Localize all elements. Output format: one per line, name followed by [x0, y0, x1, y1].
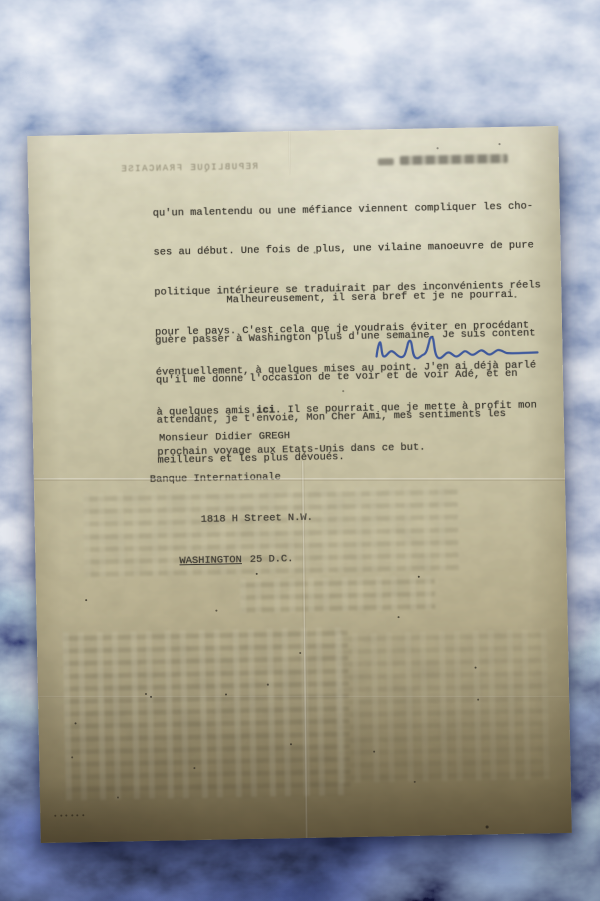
smudge-bar [400, 154, 508, 165]
foxing-speck [193, 767, 195, 769]
foxing-speck [150, 696, 152, 698]
foxing-speck [71, 756, 73, 758]
foxing-speck [314, 252, 316, 254]
city-line-rest: 25 D.C. [242, 553, 294, 566]
letter-line: qu'un malentendu ou une méfiance viennen… [153, 200, 549, 221]
letter-line: qu'il me donne l'occasion de te voir et … [156, 368, 552, 389]
foxing-speck [117, 797, 119, 799]
bleedthrough-text-block [337, 629, 550, 783]
recipient-address-block: Monsieur Didier GREGH Banque Internation… [136, 403, 314, 597]
foxing-specks-layer [27, 126, 558, 136]
mirrored-ink-smudge [378, 153, 508, 169]
letter-page: REPUBLIQUE FRANCAISE qu'un malentendu ou… [27, 126, 571, 843]
edge-dot [54, 815, 56, 817]
mirrored-letterhead-ghost: REPUBLIQUE FRANCAISE [90, 162, 258, 175]
foxing-speck [414, 781, 416, 783]
underlined-city: WASHINGTON [179, 554, 242, 567]
foxing-speck [475, 667, 477, 669]
foxing-speck [267, 684, 269, 686]
foxing-speck [299, 652, 301, 654]
foxing-speck [256, 573, 258, 575]
handwritten-signature [371, 326, 542, 371]
edge-dot [60, 815, 62, 817]
edge-dot [76, 814, 78, 816]
foxing-speck [342, 390, 344, 392]
bleedthrough-text-block [63, 627, 351, 800]
foxing-speck [373, 751, 375, 753]
foxing-speck [498, 143, 500, 145]
foxing-speck [225, 693, 227, 695]
letter-line: ses au début. Une fois de plus, une vila… [153, 240, 549, 261]
foxing-speck [477, 699, 479, 701]
foxing-speck [215, 610, 217, 612]
address-line: Banque Internationale [138, 471, 312, 488]
foxing-speck [486, 825, 489, 828]
photo-of-letter: REPUBLIQUE FRANCAISE qu'un malentendu ou… [0, 0, 600, 901]
address-line: 1818 H Street N.W. [139, 512, 313, 529]
foxing-speck [290, 743, 292, 745]
address-line: Monsieur Didier GREGH [137, 430, 311, 447]
smudge-fragment [378, 158, 394, 165]
edge-dot [71, 814, 73, 816]
letter-line: Malheureusement, il sera bref et je ne p… [154, 288, 550, 309]
foxing-speck [437, 147, 439, 149]
foxing-speck [418, 576, 420, 578]
foxing-speck [398, 616, 400, 618]
address-city-line: WASHINGTON25 D.C. [139, 552, 313, 569]
foxing-speck [514, 296, 516, 298]
foxing-speck [75, 722, 77, 724]
edge-dot [82, 814, 84, 816]
edge-dot [65, 815, 67, 817]
foxing-speck [85, 599, 87, 601]
foxing-speck [145, 693, 147, 695]
vertical-fold-crease [288, 131, 291, 175]
